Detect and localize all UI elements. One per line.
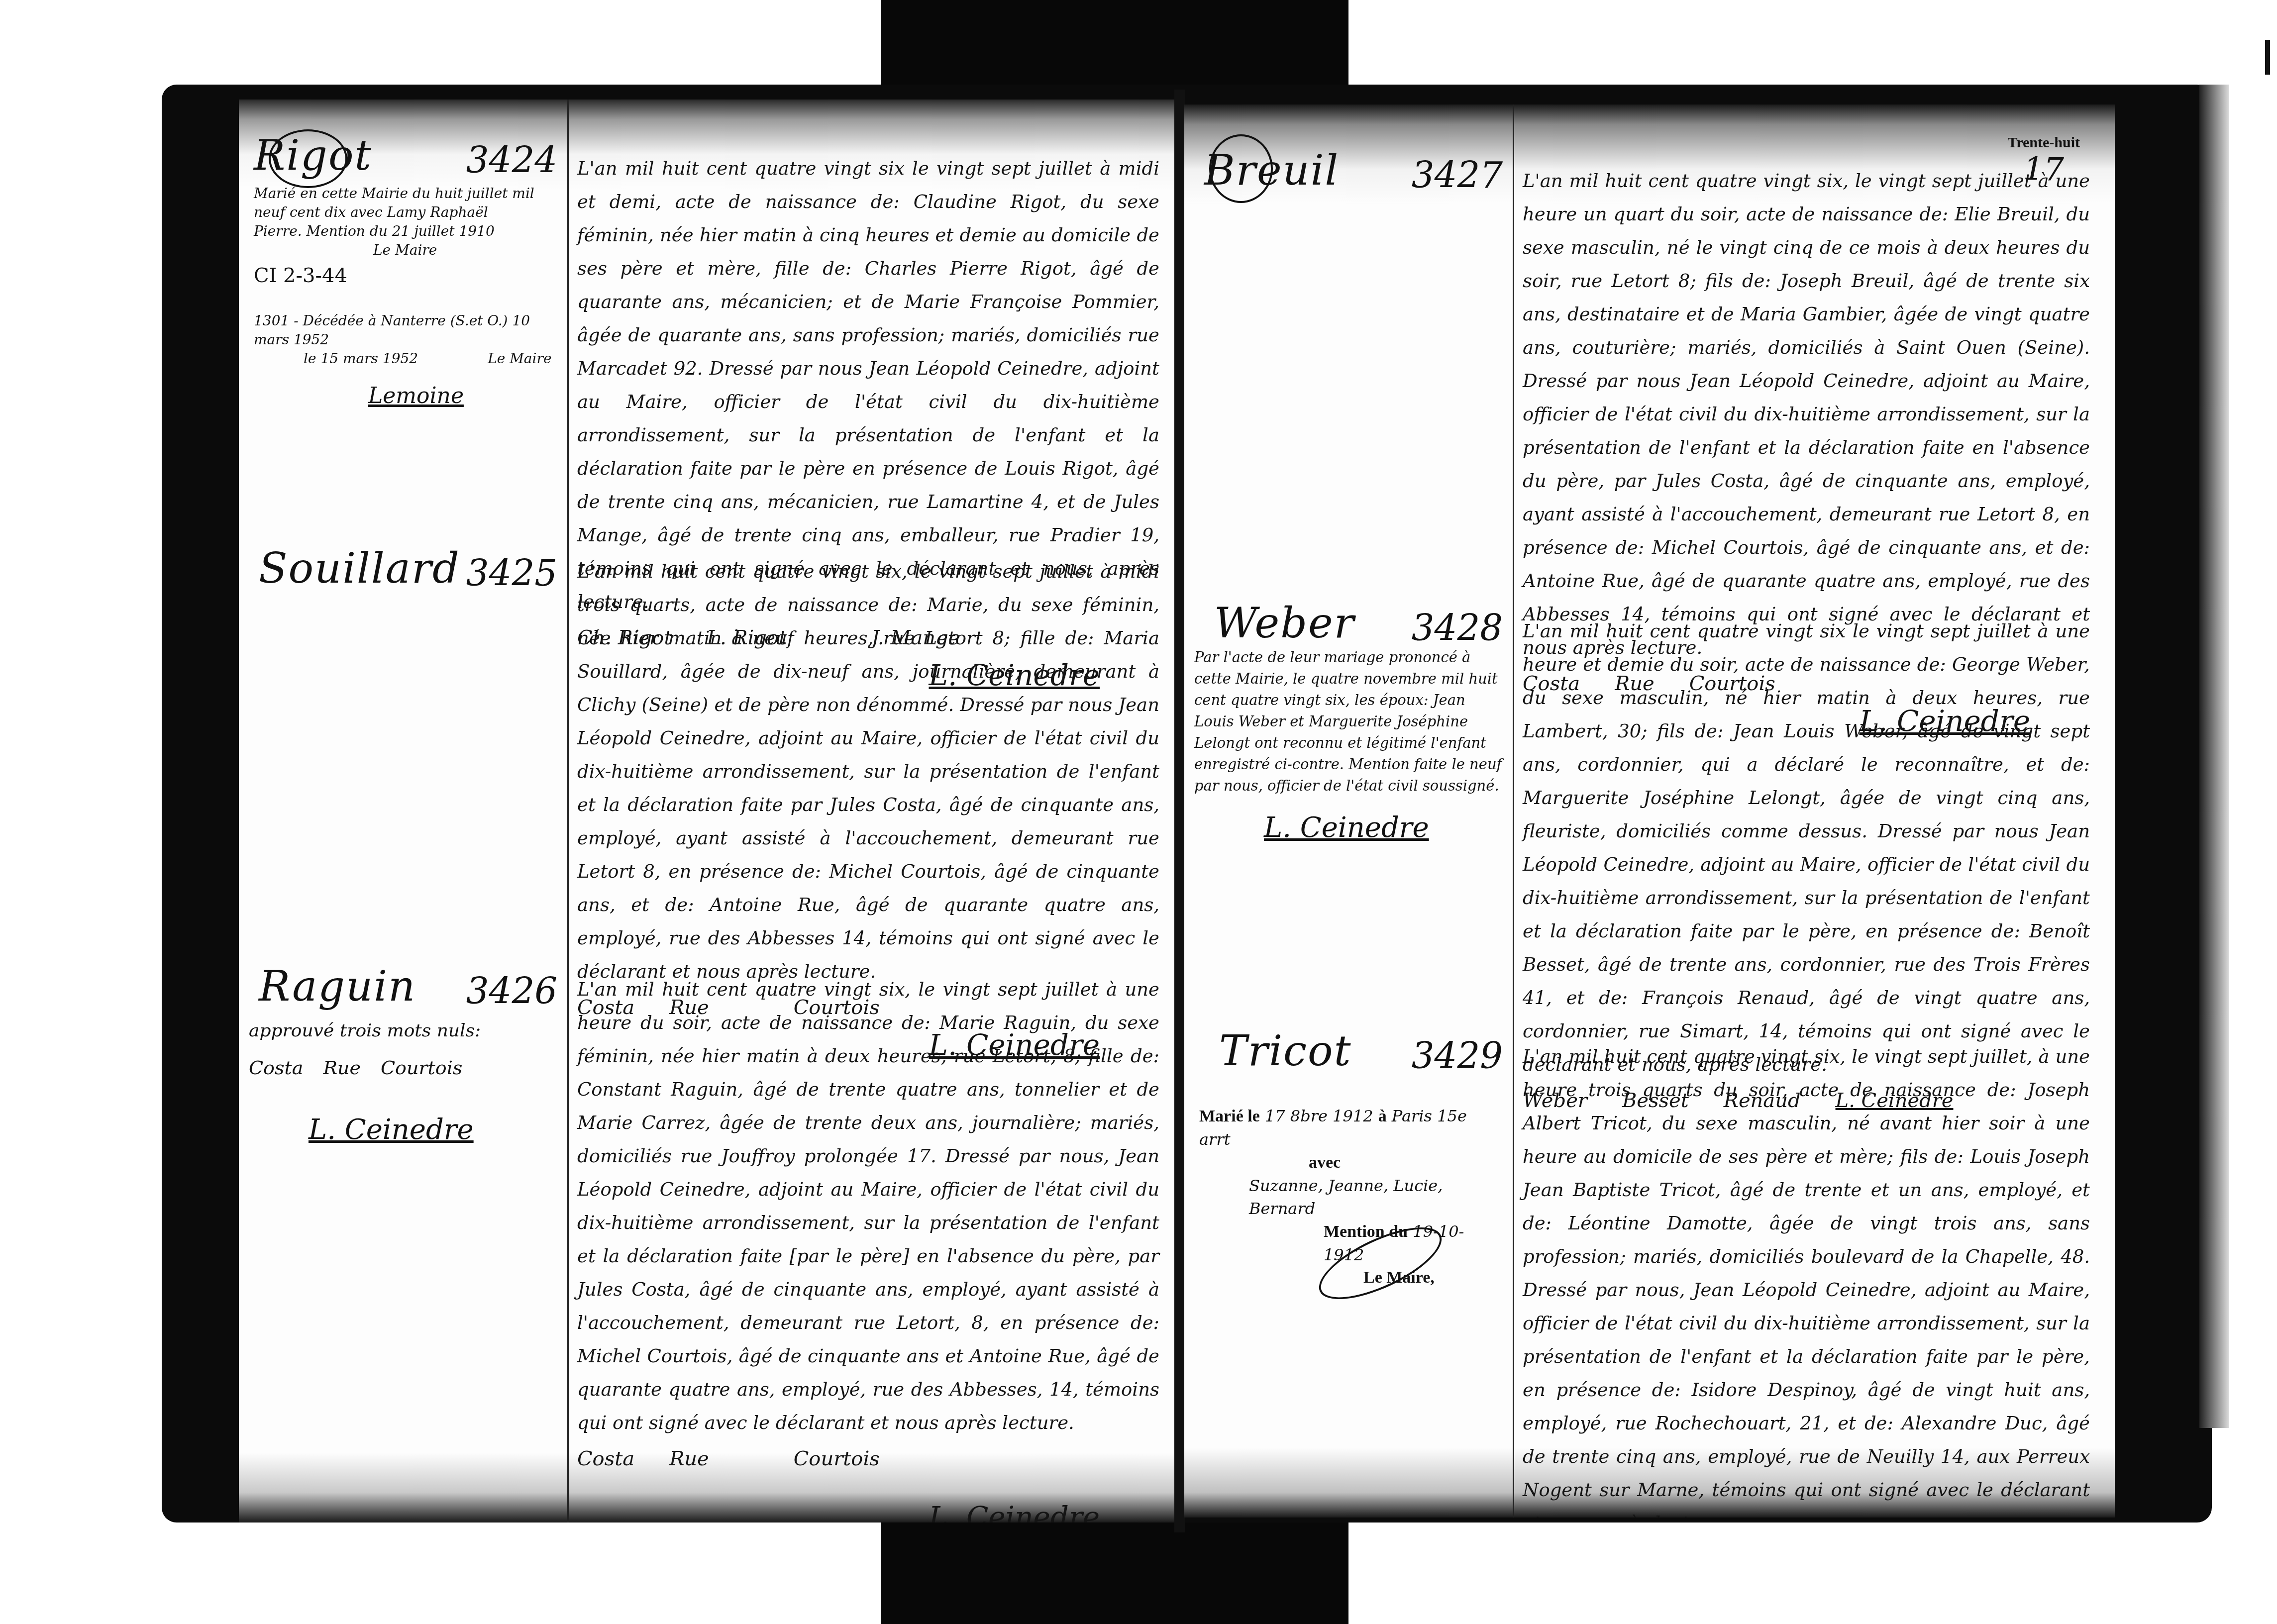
margin-column-rule — [567, 100, 569, 1522]
margin-entry-breuil: Breuil 3427 — [1204, 149, 1503, 194]
officer-signature: L. Ceinedre — [577, 1501, 1159, 1522]
surname: Souillard — [259, 544, 460, 593]
scan-edge-mark — [2265, 40, 2270, 75]
margin-entry-tricot: Tricot 3429 Marié le 17 8bre 1912 à Pari… — [1199, 1030, 1503, 1289]
margin-note: Marié en cette Mairie du huit juillet mi… — [254, 184, 557, 260]
margin-entry-souillard: Souillard 3425 — [259, 547, 557, 592]
margin-signature: Lemoine — [254, 383, 557, 408]
margin-officer-signature: L. Ceinedre — [249, 1114, 557, 1146]
right-page: Trente-huit 17 Breuil 3427 L'an mil huit… — [1184, 104, 2115, 1518]
act-number: 3425 — [466, 552, 557, 594]
margin-entry-rigot: Rigot 3424 Marié en cette Mairie du huit… — [254, 134, 557, 408]
margin-entry-weber: Weber 3428 Par l'acte de leur mariage pr… — [1194, 602, 1503, 844]
left-page: Rigot 3424 Marié en cette Mairie du huit… — [239, 100, 1174, 1522]
margin-legitimation-note: Par l'acte de leur mariage prononcé à ce… — [1194, 647, 1503, 797]
surname: Weber — [1194, 599, 1355, 647]
margin-code: CI 2-3-44 — [254, 265, 557, 287]
act-number: 3428 — [1412, 607, 1503, 649]
cover-edge-shadow — [2199, 85, 2229, 1428]
act-number: 3429 — [1412, 1035, 1503, 1077]
surname: Raguin — [249, 962, 416, 1011]
act-number: 3426 — [466, 970, 557, 1012]
act-text-raguin: L'an mil huit cent quatre vingt six, le … — [577, 973, 1159, 1522]
margin-officer-signature: L. Ceinedre — [1194, 812, 1503, 844]
margin-death-note: 1301 - Décédée à Nanterre (S.et O.) 10 m… — [254, 311, 557, 368]
margin-entry-raguin: Raguin 3426 approuvé trois mots nuls: Co… — [249, 965, 557, 1146]
surname: Breuil — [1204, 146, 1339, 195]
act-text-tricot: L'an mil huit cent quatre vingt six, le … — [1523, 1040, 2090, 1518]
surname: Rigot — [254, 131, 372, 180]
margin-witness-signatures: Costa Rue Courtois — [249, 1057, 557, 1079]
witness-signatures: Costa Rue Courtois — [577, 1442, 1159, 1476]
act-number: 3424 — [466, 139, 557, 181]
book-gutter — [1174, 90, 1185, 1532]
margin-note: approuvé trois mots nuls: — [249, 1020, 557, 1042]
margin-column-rule — [1513, 104, 1514, 1518]
act-number: 3427 — [1412, 154, 1503, 196]
surname: Tricot — [1199, 1026, 1351, 1075]
